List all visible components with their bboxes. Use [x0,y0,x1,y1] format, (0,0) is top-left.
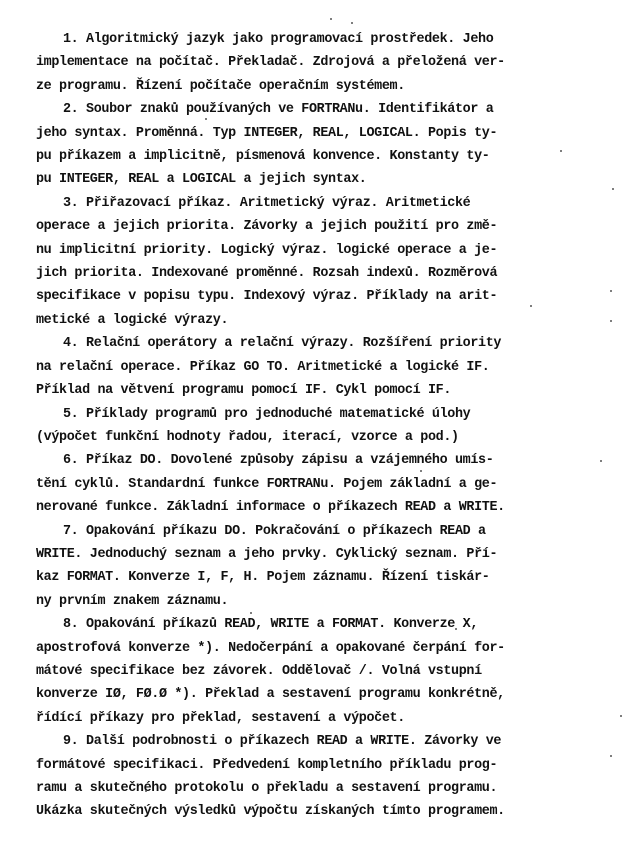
scan-speck [351,22,353,24]
scan-speck [530,305,532,307]
paragraph-1: 1. Algoritmický jazyk jako programovací … [36,28,626,98]
text-line: operace a jejich priorita. Závorky a jej… [36,215,626,238]
text-line: 4. Relační operátory a relační výrazy. R… [36,332,626,355]
scan-speck [250,808,252,810]
text-line: ny prvním znakem záznamu. [36,590,626,613]
scan-speck [610,755,612,757]
text-line: Ukázka skutečných výsledků výpočtu získa… [36,800,626,823]
text-line: formátové specifikaci. Předvedení komple… [36,754,626,777]
scan-speck [612,188,614,190]
text-line: implementace na počítač. Překladač. Zdro… [36,51,626,74]
text-line: 3. Přiřazovací příkaz. Aritmetický výraz… [36,192,626,215]
text-line: nu implicitní priority. Logický výraz. l… [36,239,626,262]
text-line: jeho syntax. Proměnná. Typ INTEGER, REAL… [36,122,626,145]
paragraph-9: 9. Další podrobnosti o příkazech READ a … [36,730,626,824]
text-line: 9. Další podrobnosti o příkazech READ a … [36,730,626,753]
text-line: Příklad na větvení programu pomocí IF. C… [36,379,626,402]
scan-speck [600,460,602,462]
paragraph-6: 6. Příkaz DO. Dovolené způsoby zápisu a … [36,449,626,519]
text-line: 5. Příklady programů pro jednoduché mate… [36,403,626,426]
paragraph-8: 8. Opakování příkazů READ, WRITE a FORMA… [36,613,626,730]
text-line: konverze IØ, FØ.Ø *). Překlad a sestaven… [36,683,626,706]
text-line: specifikace v popisu typu. Indexový výra… [36,285,626,308]
text-line: na relační operace. Příkaz GO TO. Aritme… [36,356,626,379]
scan-speck [370,245,372,247]
text-line: kaz FORMAT. Konverze I, F, H. Pojem zázn… [36,566,626,589]
scan-speck [560,150,562,152]
text-line: pu INTEGER, REAL a LOGICAL a jejich synt… [36,168,626,191]
text-line: tění cyklů. Standardní funkce FORTRANu. … [36,473,626,496]
paragraph-3: 3. Přiřazovací příkaz. Aritmetický výraz… [36,192,626,332]
text-line: (výpočet funkční hodnoty řadou, iterací,… [36,426,626,449]
scan-speck [180,808,182,810]
scan-speck [205,118,207,120]
paragraph-7: 7. Opakování příkazu DO. Pokračování o p… [36,520,626,614]
scan-speck [420,470,422,472]
text-line: 1. Algoritmický jazyk jako programovací … [36,28,626,51]
text-line: WRITE. Jednoduchý seznam a jeho prvky. C… [36,543,626,566]
paragraph-4: 4. Relační operátory a relační výrazy. R… [36,332,626,402]
scan-speck [250,612,252,614]
text-line: pu příkazem a implicitně, písmenová konv… [36,145,626,168]
text-line: 2. Soubor znaků používaných ve FORTRANu.… [36,98,626,121]
scan-speck [145,790,147,792]
text-line: řídící příkazy pro překlad, sestavení a … [36,707,626,730]
scanned-page: 1. Algoritmický jazyk jako programovací … [0,0,639,856]
text-line: 6. Příkaz DO. Dovolené způsoby zápisu a … [36,449,626,472]
text-line: 7. Opakování příkazu DO. Pokračování o p… [36,520,626,543]
document-body: 1. Algoritmický jazyk jako programovací … [36,28,626,824]
scan-speck [620,715,622,717]
text-line: ramu a skutečného protokolu o překladu a… [36,777,626,800]
text-line: metické a logické výrazy. [36,309,626,332]
text-line: mátové specifikace bez závorek. Oddělova… [36,660,626,683]
paragraph-2: 2. Soubor znaků používaných ve FORTRANu.… [36,98,626,192]
paragraph-5: 5. Příklady programů pro jednoduché mate… [36,403,626,450]
scan-speck [330,18,332,20]
scan-speck [610,290,612,292]
text-line: ze programu. Řízení počítače operačním s… [36,75,626,98]
scan-speck [610,320,612,322]
text-line: nerované funkce. Základní informace o př… [36,496,626,519]
text-line: apostrofová konverze *). Nedočerpání a o… [36,637,626,660]
text-line: 8. Opakování příkazů READ, WRITE a FORMA… [36,613,626,636]
text-line: jich priorita. Indexované proměnné. Rozs… [36,262,626,285]
scan-speck [455,628,457,630]
